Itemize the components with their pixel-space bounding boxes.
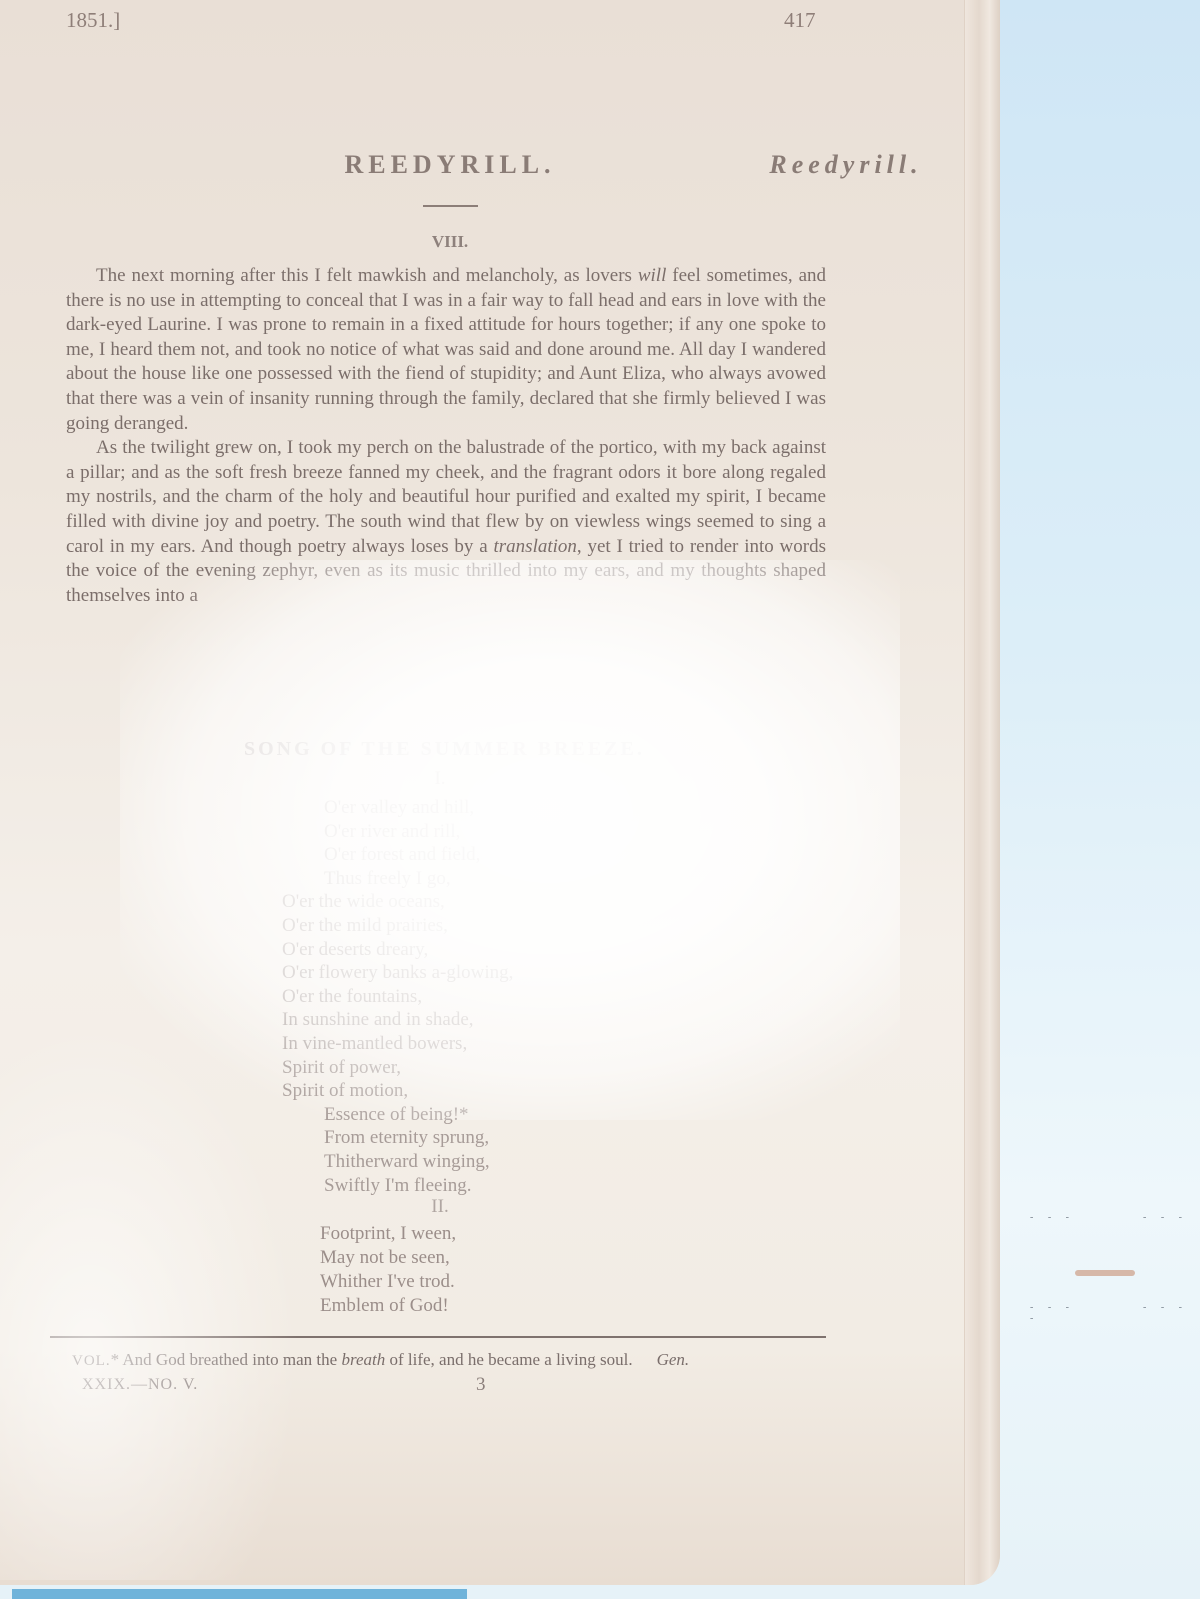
page-number: 417 xyxy=(784,8,816,33)
poem-line: Thus freely I go, xyxy=(282,867,513,891)
background-mark: - - - - - - xyxy=(1030,1212,1188,1223)
article-body: The next morning after this I felt mawki… xyxy=(66,264,826,608)
book-page: 1851.] Reedyrill. 417 REEDYRILL. VIII. T… xyxy=(0,0,1000,1585)
poem-line: O'er the wide oceans, xyxy=(282,890,513,914)
footnote-source: Gen. xyxy=(657,1350,690,1369)
article-title: REEDYRILL. xyxy=(0,150,900,180)
background-mark: - - - - - - - xyxy=(1030,1302,1200,1324)
stanza-1: O'er valley and hill, O'er river and ril… xyxy=(282,796,513,1197)
poem-line: Emblem of God! xyxy=(320,1294,456,1318)
poem-line: O'er flowery banks a-glowing, xyxy=(282,961,513,985)
stanza-2: Footprint, I ween, May not be seen, Whit… xyxy=(320,1222,456,1318)
stanza-number: I. xyxy=(0,768,880,790)
light-glare xyxy=(0,1020,300,1580)
title-rule xyxy=(423,205,478,207)
poem-line: O'er river and rill, xyxy=(282,820,513,844)
poem-line: O'er forest and field, xyxy=(282,843,513,867)
paragraph: The next morning after this I felt mawki… xyxy=(66,264,826,436)
footnote-rule xyxy=(50,1336,826,1338)
signature-mark: 3 xyxy=(476,1374,486,1396)
page-edge-stack xyxy=(964,0,1000,1585)
poem-line: Spirit of motion, xyxy=(282,1079,513,1103)
poem-line: Whither I've trod. xyxy=(320,1270,456,1294)
poem-line: In vine-mantled bowers, xyxy=(282,1032,513,1056)
poem-line: Spirit of power, xyxy=(282,1056,513,1080)
poem-line: May not be seen, xyxy=(320,1246,456,1270)
poem-line: From eternity sprung, xyxy=(282,1126,513,1150)
poem-line: Swiftly I'm fleeing. xyxy=(282,1174,513,1198)
poem-line: O'er deserts dreary, xyxy=(282,938,513,962)
poem-line: Thitherward winging, xyxy=(282,1150,513,1174)
surface-edge xyxy=(12,1589,467,1599)
volume-prefix: VOL. xyxy=(72,1353,111,1369)
poem-line: O'er valley and hill, xyxy=(282,796,513,820)
background-stain xyxy=(1075,1270,1135,1276)
chapter-number: VIII. xyxy=(0,232,900,252)
poem-line: Footprint, I ween, xyxy=(320,1222,456,1246)
poem-line: O'er the fountains, xyxy=(282,985,513,1009)
poem-line: Essence of being!* xyxy=(282,1103,513,1127)
song-title: SONG OF THE SUMMER BREEZE. xyxy=(244,738,645,761)
paragraph: As the twilight grew on, I took my perch… xyxy=(66,436,826,608)
poem-line: In sunshine and in shade, xyxy=(282,1008,513,1032)
running-head-year: 1851.] xyxy=(66,8,120,33)
stanza-number: II. xyxy=(0,1196,880,1218)
volume-number: XXIX.—NO. V. xyxy=(82,1376,198,1394)
footnote: VOL.* And God breathed into man the brea… xyxy=(72,1350,689,1370)
poem-line: O'er the mild prairies, xyxy=(282,914,513,938)
